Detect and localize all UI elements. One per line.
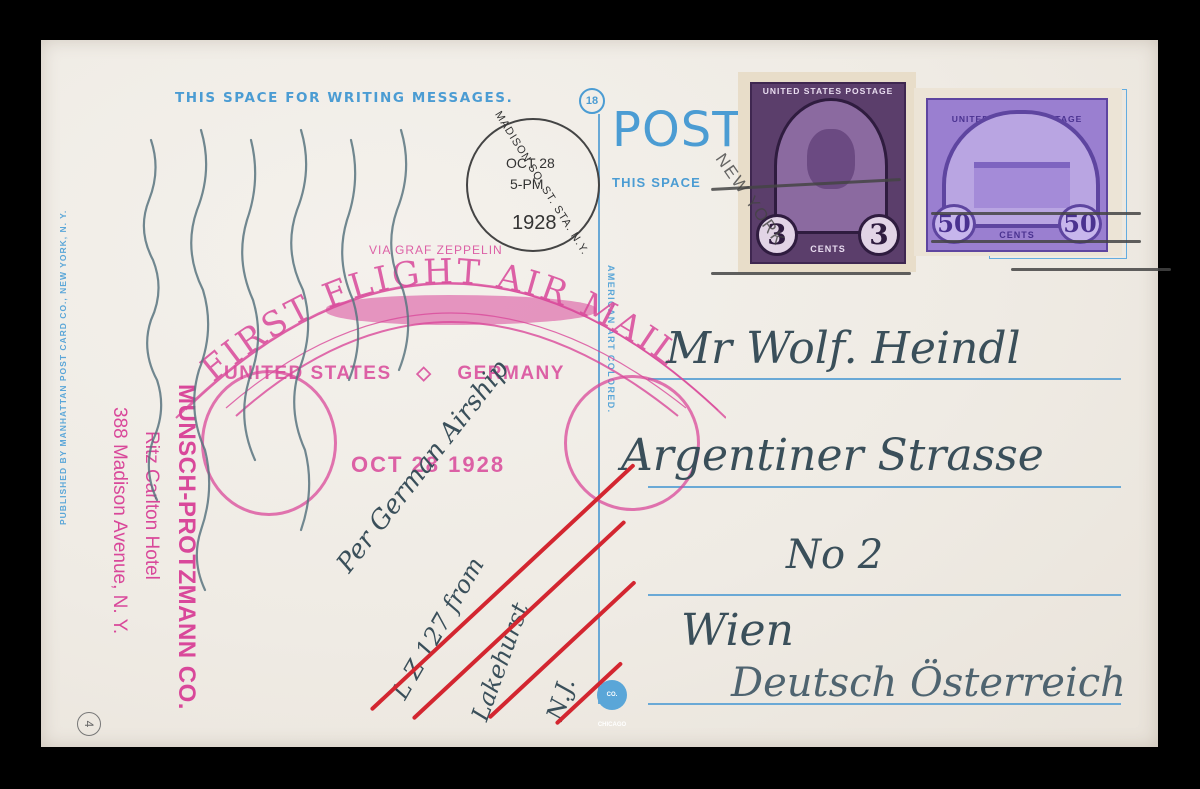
addressee-country: Deutsch Österreich [731,660,1126,706]
stamp-50-cent: UNITED STATES POSTAGE 50 50 CENTS [914,88,1122,256]
publisher-imprint: PUBLISHED BY MANHATTAN POST CARD CO., NE… [58,225,68,525]
cancel-line [1011,268,1171,271]
address-line-3 [648,594,1121,596]
addressee-street: Argentiner Strasse [621,430,1044,481]
printer-logo: CO. CHICAGO [597,680,627,710]
postcard: THIS SPACE FOR WRITING MESSAGES. 18 POST… [41,40,1158,747]
amphitheater-image [974,162,1070,208]
addressee-name: Mr Wolf. Heindl [666,323,1021,374]
card-number-badge: 18 [579,88,605,114]
cancel-line [931,240,1141,243]
stamp-3-legend: UNITED STATES POSTAGE [752,86,904,96]
postmark-year: 1928 [512,212,557,235]
addressee-city: Wien [681,605,794,656]
stamp-3-cent: UNITED STATES POSTAGE 3 3 CENTS [738,72,916,272]
sender-address: 388 Madison Avenue, N. Y. [108,407,130,747]
pencil-note: 4 [77,712,101,736]
stamp-50-cents: CENTS [928,230,1106,240]
printer-logo-text: CO. CHICAGO [598,692,626,728]
post-heading: POST [612,102,743,158]
handwritten-message [131,100,511,720]
addressee-number: No 2 [786,532,883,578]
cancel-line [931,212,1141,215]
cancel-line [711,272,911,275]
